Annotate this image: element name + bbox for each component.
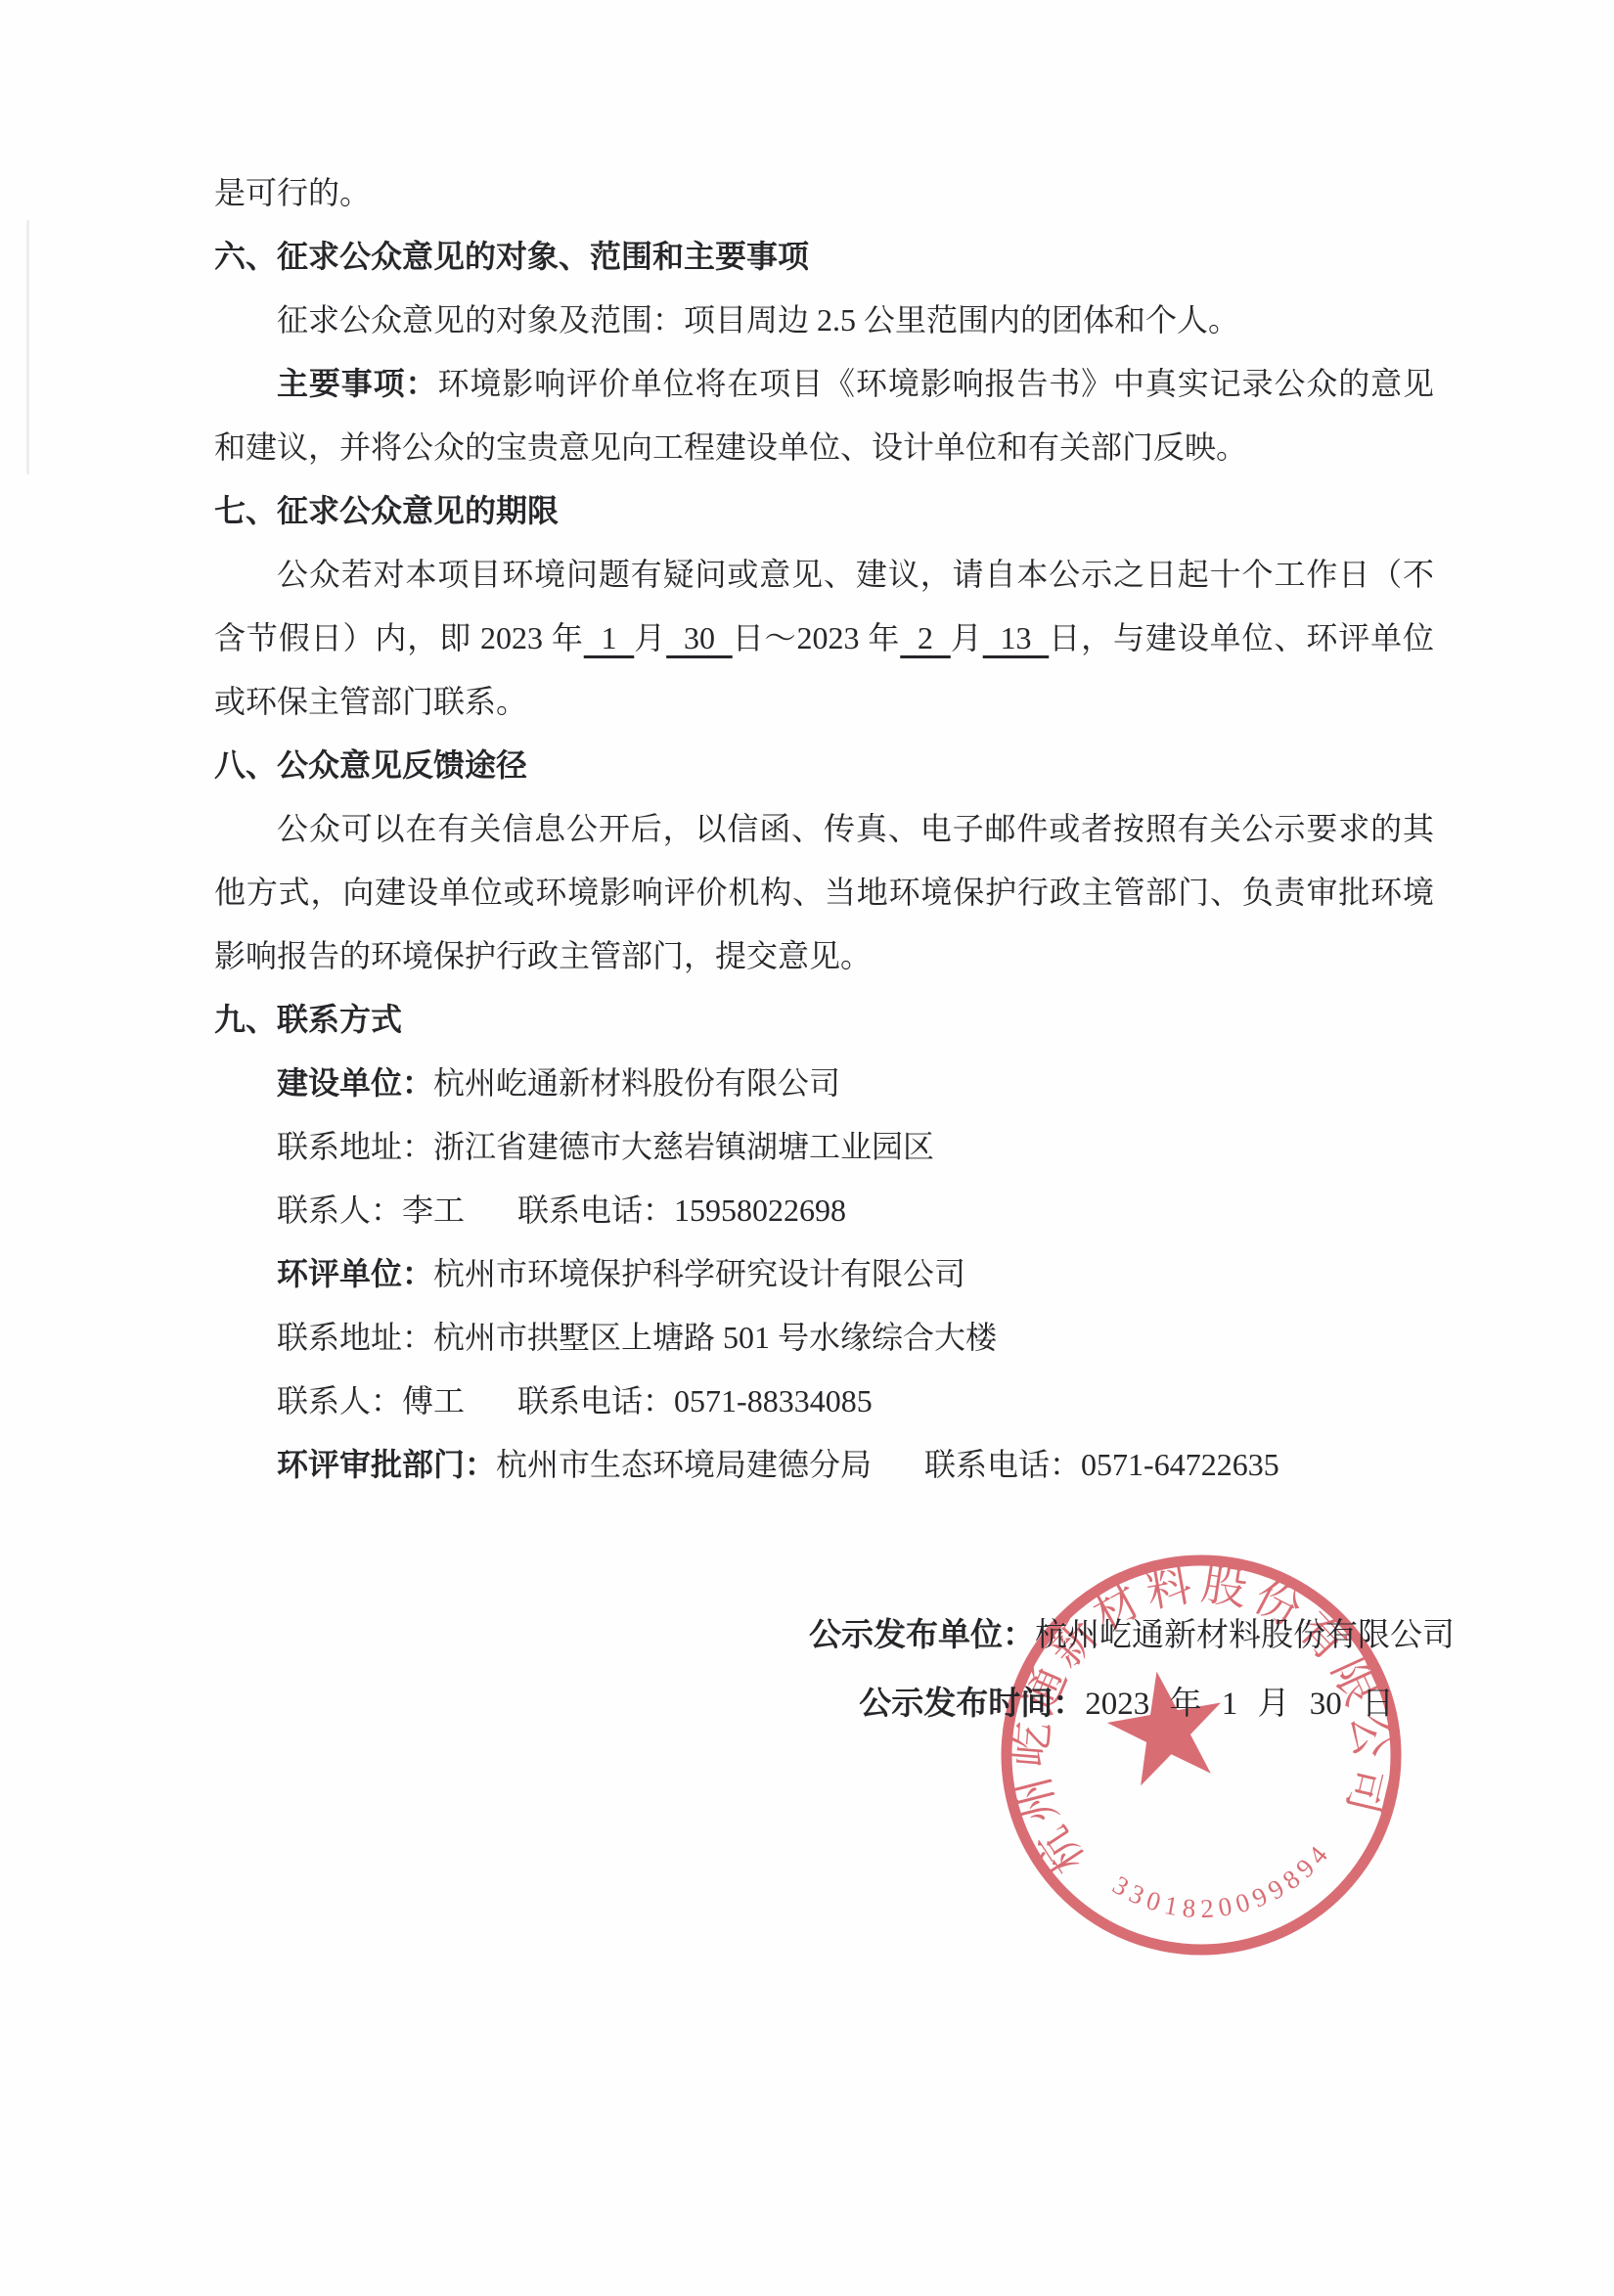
section-6-scope-line: 征求公众意见的对象及范围：项目周边 2.5 公里范围内的团体和个人。	[214, 289, 1434, 352]
eia-unit-label: 环评单位：	[277, 1256, 433, 1291]
construction-contact-row: 联系人：李工联系电话：15958022698	[214, 1179, 1434, 1242]
publish-date-line: 公示发布时间：2023 年 1 月 30 日	[809, 1670, 1455, 1738]
month-char: 月	[634, 620, 666, 655]
start-month-underlined: 1	[584, 620, 635, 655]
publication-footer: 公示发布单位：杭州屹通新材料股份有限公司 公示发布时间：2023 年 1 月 3…	[809, 1601, 1455, 1738]
section-6-main-line-2: 和建议，并将公众的宝贵意见向工程建设单位、设计单位和有关部门反映。	[214, 416, 1434, 479]
construction-address-row: 联系地址：浙江省建德市大慈岩镇湖塘工业园区	[214, 1115, 1434, 1179]
address-label-2: 联系地址：	[277, 1320, 433, 1355]
eia-unit-value: 杭州市环境保护科学研究设计有限公司	[433, 1256, 965, 1291]
month-char-2: 月	[951, 620, 983, 655]
contact-name: 李工	[402, 1193, 465, 1228]
scanned-document-page: 杭州屹通新材料股份有限公司 3301820099894 是可行的。 六、征求公众…	[0, 0, 1614, 2296]
phone-label: 联系电话：	[517, 1193, 674, 1228]
contact-label-2: 联系人：	[277, 1383, 402, 1418]
phone-number-2: 0571-88334085	[674, 1383, 873, 1418]
address-value-2: 杭州市拱墅区上塘路 501 号水缘综合大楼	[433, 1320, 997, 1355]
construction-unit-row: 建设单位：杭州屹通新材料股份有限公司	[214, 1052, 1434, 1115]
main-items-text: 环境影响评价单位将在项目《环境影响报告书》中真实记录公众的意见	[437, 366, 1434, 401]
eia-address-row: 联系地址：杭州市拱墅区上塘路 501 号水缘综合大楼	[214, 1306, 1434, 1370]
seal-serial-text: 3301820099894	[1104, 1833, 1345, 1941]
section-6-main-line-1: 主要事项：环境影响评价单位将在项目《环境影响报告书》中真实记录公众的意见	[214, 352, 1434, 416]
publisher-value: 杭州屹通新材料股份有限公司	[1035, 1618, 1455, 1653]
section-8-line-1: 公众可以在有关信息公开后，以信函、传真、电子邮件或者按照有关公示要求的其	[214, 797, 1434, 861]
contact-name-2: 傅工	[402, 1383, 465, 1418]
approval-department-row: 环评审批部门：杭州市生态环境局建德分局联系电话：0571-64722635	[214, 1433, 1434, 1497]
eia-unit-row: 环评单位：杭州市环境保护科学研究设计有限公司	[214, 1242, 1434, 1306]
section-8-line-2: 他方式，向建设单位或环境影响评价机构、当地环境保护行政主管部门、负责审批环境	[214, 861, 1434, 924]
main-items-label: 主要事项：	[277, 366, 437, 401]
period-text-pre: 含节假日）内，即 2023 年	[214, 620, 584, 655]
contact-label: 联系人：	[277, 1193, 402, 1228]
section-7-heading: 七、征求公众意见的期限	[214, 479, 1434, 543]
phone-number: 15958022698	[674, 1193, 846, 1228]
svg-text:3301820099894: 3301820099894	[1104, 1833, 1345, 1941]
publish-date-value: 2023 年 1 月 30 日	[1085, 1687, 1394, 1722]
phone-number-3: 0571-64722635	[1081, 1447, 1279, 1482]
approval-department-value: 杭州市生态环境局建德分局	[496, 1447, 872, 1482]
construction-unit-label: 建设单位：	[277, 1065, 433, 1101]
approval-department-label: 环评审批部门：	[277, 1447, 496, 1482]
section-6-heading: 六、征求公众意见的对象、范围和主要事项	[214, 225, 1434, 289]
phone-label-2: 联系电话：	[517, 1383, 674, 1418]
section-7-line-1: 公众若对本项目环境问题有疑问或意见、建议，请自本公示之日起十个工作日（不	[214, 543, 1434, 607]
scan-artifact-streak	[26, 220, 29, 474]
section-7-line-3: 或环保主管部门联系。	[214, 670, 1434, 734]
construction-unit-value: 杭州屹通新材料股份有限公司	[433, 1065, 840, 1101]
period-text-mid: 日～2023 年	[733, 620, 901, 655]
period-text-post: 日，与建设单位、环评单位	[1049, 620, 1434, 655]
end-month-underlined: 2	[900, 620, 951, 655]
start-day-underlined: 30	[666, 620, 733, 655]
section-8-line-3: 影响报告的环境保护行政主管部门，提交意见。	[214, 924, 1434, 988]
section-7-line-2: 含节假日）内，即 2023 年 1 月 30 日～2023 年 2 月 13 日…	[214, 607, 1434, 670]
address-label: 联系地址：	[277, 1129, 433, 1164]
document-body: 是可行的。 六、征求公众意见的对象、范围和主要事项 征求公众意见的对象及范围：项…	[214, 161, 1434, 1497]
address-value: 浙江省建德市大慈岩镇湖塘工业园区	[433, 1129, 934, 1164]
publisher-label: 公示发布单位：	[809, 1618, 1035, 1653]
publish-date-label: 公示发布时间：	[859, 1687, 1085, 1722]
eia-contact-row: 联系人：傅工联系电话：0571-88334085	[214, 1370, 1434, 1433]
publisher-line: 公示发布单位：杭州屹通新材料股份有限公司	[809, 1601, 1455, 1670]
section-9-heading: 九、联系方式	[214, 988, 1434, 1052]
end-day-underlined: 13	[983, 620, 1050, 655]
closing-line: 是可行的。	[214, 161, 1434, 225]
section-8-heading: 八、公众意见反馈途径	[214, 734, 1434, 797]
phone-label-3: 联系电话：	[924, 1447, 1081, 1482]
